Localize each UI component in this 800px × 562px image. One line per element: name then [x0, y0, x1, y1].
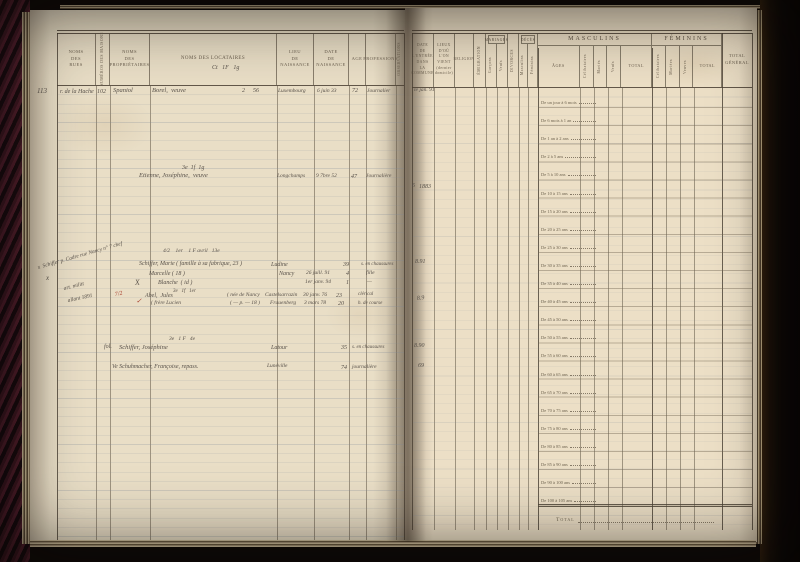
age-row-label: De 25 à 30 ans — [538, 235, 598, 253]
col-header-observations: OBSERVATIONS — [396, 33, 404, 85]
group-title-feminins: FÉMININS — [652, 33, 721, 46]
age-row-label: De un jour à 6 mois — [538, 90, 598, 108]
age-row-label: De 1 an à 2 ans — [538, 126, 598, 144]
page-stack-edge-bottom — [30, 540, 756, 547]
col-header-divorces: DIVORCES — [508, 33, 519, 87]
col-header-masc-total: TOTAL — [621, 46, 651, 87]
col-header-date-entree: DATE DE L'ENTRÉE DANS LA COMMUNE — [412, 33, 434, 87]
age-row-label: De 10 à 15 ans — [538, 180, 598, 198]
age-row-label: De 85 à 90 ans — [538, 452, 598, 470]
col-header-masc-celibataires: Célibataires — [580, 46, 594, 87]
total-row: Total — [538, 508, 718, 532]
col-header-mariages-garcons: Garçons — [486, 44, 497, 87]
col-header-ages: ÂGES — [538, 46, 580, 87]
age-row-label: De 20 à 25 ans — [538, 217, 598, 235]
col-header-rues: NOMS DES RUES — [57, 33, 96, 85]
column-line — [366, 86, 367, 540]
column-line — [455, 88, 456, 530]
total-label: Total — [556, 517, 575, 523]
col-header-fem-veuves: Veuves — [680, 46, 694, 87]
col-header-deces-feminins: Féminins — [528, 44, 537, 87]
group-title-masculins: MASCULINS — [538, 33, 651, 46]
column-line — [434, 88, 435, 530]
col-header-fem-total: TOTAL — [693, 46, 721, 87]
col-header-lieux-provenance: LIEUX D'OÙ L'ON VIENT (dernier domicile) — [434, 33, 455, 87]
right-table-border — [752, 33, 753, 530]
column-line — [396, 86, 397, 540]
age-row-label: De 90 à 100 ans — [538, 470, 598, 488]
column-line — [110, 86, 111, 540]
column-line — [474, 88, 475, 530]
age-row-label: De 75 à 80 ans — [538, 416, 598, 434]
right-table-header: DATE DE L'ENTRÉE DANS LA COMMUNE LIEUX D… — [412, 33, 752, 88]
age-row-label: De 15 à 20 ans — [538, 199, 598, 217]
col-header-religion: RELIGION — [455, 33, 474, 87]
col-group-deces: DÉCÈS Masculins Féminins — [519, 33, 538, 87]
column-line — [519, 88, 520, 530]
col-header-professions: PROFESSIONS — [366, 33, 396, 85]
column-line — [314, 86, 315, 540]
age-row-label: De 30 à 35 ans — [538, 253, 598, 271]
column-line — [277, 86, 278, 540]
left-table-border — [404, 33, 405, 540]
left-table-header: NOMS DES RUES NUMÉROS DES MAISONS NOMS D… — [57, 33, 404, 86]
group-title-deces: DÉCÈS — [521, 35, 535, 44]
column-line — [497, 88, 498, 530]
col-header-deces-masculins: Masculins — [519, 44, 528, 87]
column-line — [528, 88, 529, 530]
col-header-date-naissance: DATE DE NAISSANCE — [314, 33, 349, 85]
col-header-locataires: NOMS DES LOCATAIRES — [150, 33, 277, 85]
age-row-label: De 6 mois à 1 an — [538, 108, 598, 126]
total-leader-dots — [578, 522, 714, 523]
register-scan: NOMS DES RUES NUMÉROS DES MAISONS NOMS D… — [0, 0, 800, 562]
col-header-fem-celibataires: Célibataires — [652, 46, 666, 87]
column-line — [150, 86, 151, 540]
column-line — [96, 86, 97, 540]
col-group-mariages: MARIAGES Garçons Veufs — [486, 33, 508, 87]
age-row-label: De 55 à 60 ans — [538, 343, 598, 361]
age-row-label: De 35 à 40 ans — [538, 271, 598, 289]
book-cover-right — [760, 0, 800, 562]
age-row-label: De 45 à 50 ans — [538, 307, 598, 325]
age-row-label: De 2 à 5 ans — [538, 144, 598, 162]
col-header-total-general: TOTAL GÉNÉRAL — [722, 33, 752, 87]
col-group-feminins: FÉMININS Célibataires Mariées Veuves TOT… — [652, 33, 722, 87]
column-line — [486, 88, 487, 530]
col-header-proprietaires: NOMS DES PROPRIÉTAIRES — [110, 33, 150, 85]
col-header-masc-maries: Mariés — [594, 46, 608, 87]
column-line — [508, 88, 509, 530]
right-table-border — [412, 33, 413, 530]
age-row-label: De 80 à 85 ans — [538, 434, 598, 452]
age-row-label: De 65 à 70 ans — [538, 380, 598, 398]
col-header-lieu-naissance: LIEU DE NAISSANCE — [277, 33, 314, 85]
column-line — [349, 86, 350, 540]
age-row-label: De 40 à 45 ans — [538, 289, 598, 307]
age-row-label: De 5 à 10 ans — [538, 162, 598, 180]
age-row-label: De 70 à 75 ans — [538, 398, 598, 416]
col-header-masc-veufs: Veufs — [607, 46, 621, 87]
age-row-label: De 60 à 65 ans — [538, 361, 598, 379]
col-header-mariages-veufs: Veufs — [497, 44, 507, 87]
left-table-border — [57, 33, 58, 540]
age-rows: De un jour à 6 moisDe 6 mois à 1 anDe 1 … — [538, 90, 598, 506]
total-row-rule — [538, 504, 752, 507]
col-header-fem-mariees: Mariées — [666, 46, 680, 87]
col-header-numeros-maisons: NUMÉROS DES MAISONS — [96, 33, 110, 85]
col-group-masculins: MASCULINS ÂGES Célibataires Mariés Veufs… — [538, 33, 652, 87]
group-title-mariages: MARIAGES — [488, 35, 505, 44]
age-row-label: De 50 à 55 ans — [538, 325, 598, 343]
